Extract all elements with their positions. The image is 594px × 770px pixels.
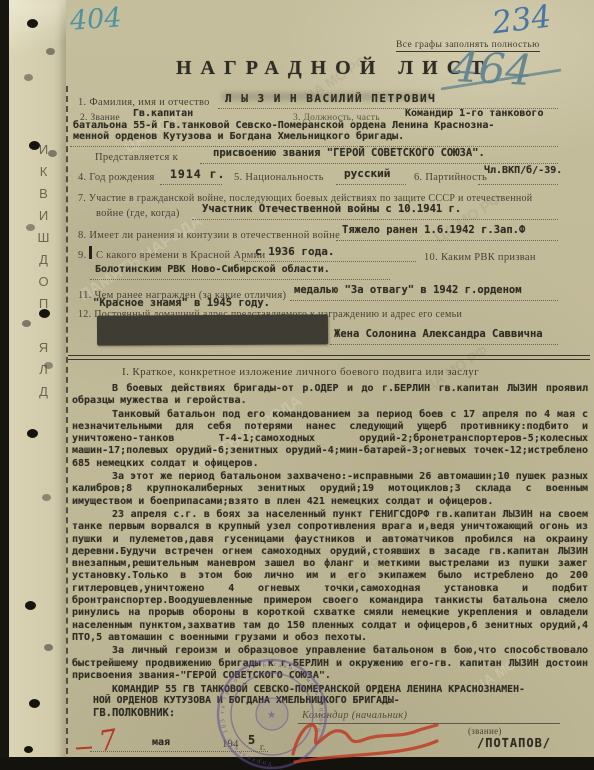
citation-paragraph-1: В боевых действиях бригады-от р.ОДЕР и д…: [72, 383, 588, 408]
award-sheet-page: ЦА МО РФ ЦА МО РФ ПАМЯТЬ НАРОДА ЦА МО РФ…: [0, 0, 594, 770]
margin-vertical-text: ИКВИШДОП ЯЛД: [36, 142, 51, 472]
date-month: мая: [152, 737, 170, 748]
field-value-nationality: русский: [344, 167, 390, 180]
field-value-family: Жена Солонина Александра Саввична: [334, 328, 543, 340]
commander-rank: ГВ.ПОЛКОВНИК:: [93, 707, 175, 719]
field-value-birth-year: 1914 г.: [170, 167, 225, 181]
field-underline: [336, 239, 558, 241]
scan-edge-left: [0, 0, 9, 770]
field-label-presented-for: Представляется к: [95, 152, 178, 163]
field-value-party: Чл.ВКП/б/-39.: [484, 165, 562, 176]
field-value-red-army-since: с 1936 года.: [255, 245, 334, 258]
field-underline: [244, 260, 416, 262]
handwritten-page-number-left: 404: [69, 2, 123, 37]
perforation-dashed-line: [66, 86, 68, 754]
section-divider: [68, 355, 590, 356]
field-label-birth-year: 4. Год рождения: [78, 172, 155, 183]
margin-light-corner: [9, 0, 66, 60]
field-value-prior-awards-2: "Красное знамя" в 1945 году.: [93, 297, 270, 309]
citation-paragraph-3: За этот же период батальоном захвачено:-…: [72, 471, 588, 508]
section-divider: [68, 359, 590, 360]
field-value-position-line3: менной орденов Кутузова и Богдана Хмельн…: [73, 131, 404, 142]
field-underline: [336, 183, 406, 185]
field-underline: [330, 343, 558, 345]
section-header: I. Краткое, конкретное изложение личного…: [122, 366, 479, 378]
field-label-rvk: 10. Каким РВК призван: [424, 252, 536, 263]
field-label-nationality: 5. Национальность: [234, 172, 324, 183]
stamp-emblem: ★: [267, 710, 276, 721]
field-value-war-participation: Участник Отечественной войны с 10.1941 г…: [202, 203, 461, 215]
field-value-position-line2: батальона 55-й Гв.танковой Севско-Помера…: [73, 120, 494, 131]
margin-stains: [9, 0, 18, 7]
field-underline: [90, 278, 390, 280]
citation-text: В боевых действиях бригады-от р.ОДЕР и д…: [72, 383, 588, 683]
field-value-position-line1: Командир 1-го танкового: [405, 108, 543, 119]
handwritten-crossed-number: 464: [451, 42, 534, 95]
field-value-wounds: Тяжело ранен 1.6.1942 г.Зап.Ф: [342, 224, 525, 236]
handwritten-date-day: 7: [97, 723, 120, 758]
field-value-rvk: Болотинским РВК Ново-Сибирской области.: [95, 264, 330, 275]
ink-mark: [89, 246, 92, 259]
field-label-wounds: 8. Имеет ли ранения и контузии в отечест…: [78, 230, 340, 241]
field-underline: [200, 162, 558, 164]
field-label-party: 6. Партийность: [414, 172, 487, 183]
field-value-prior-awards-1: медалью "За отвагу" в 1942 г.орденом: [294, 284, 522, 296]
field-value-presented-for: присвоению звания "ГЕРОЙ СОВЕТСКОГО СОЮЗ…: [213, 147, 485, 159]
field-underline: [192, 218, 558, 220]
field-underline: [290, 299, 558, 301]
commander-signature-scrawl: [283, 712, 443, 768]
field-number-9: 9.: [78, 250, 86, 261]
field-value-rank: Гв.капитан: [133, 108, 193, 119]
field-underline: [160, 183, 222, 185]
field-label-name: 1. Фамилия, имя и отчество: [78, 97, 210, 108]
field-label-red-army-since: С какого времени в Красной Армии: [96, 250, 265, 261]
handwritten-page-number-right: 234: [490, 0, 553, 41]
citation-paragraph-2: Танковый батальон под его командованием …: [72, 409, 588, 470]
citation-paragraph-4: 23 апреля с.г. в боях за населенный пунк…: [72, 509, 588, 644]
field-value-name: Л Ы З И Н ВАСИЛИЙ ПЕТРОВИЧ: [225, 92, 436, 105]
redaction-box: [97, 314, 328, 345]
document-title: НАГРАДНОЙ ЛИСТ: [176, 57, 493, 80]
signer-name: /ПОТАПОВ/: [477, 736, 551, 750]
field-label-war-participation-2: войне (где, когда): [96, 208, 180, 219]
field-underline: [478, 183, 558, 185]
rank-caption-label: (звание): [468, 726, 502, 736]
